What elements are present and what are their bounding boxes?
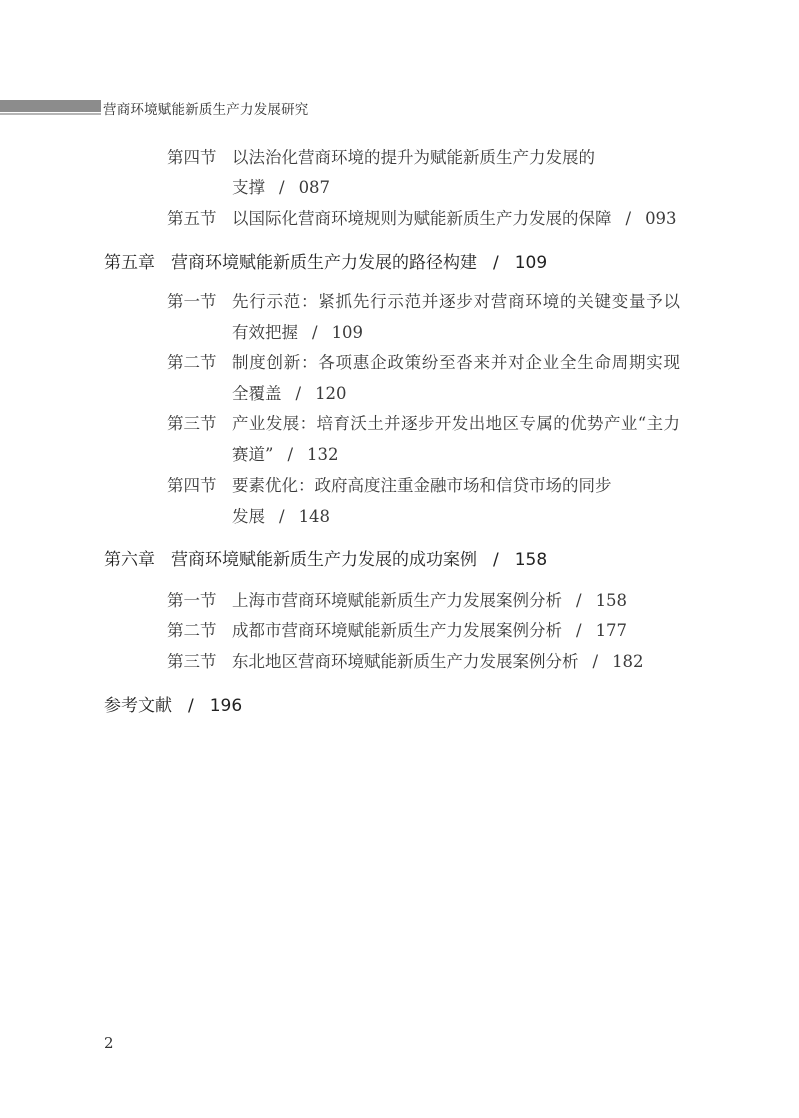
page-ref: 120 xyxy=(315,384,347,403)
section-label: 第二节 xyxy=(167,353,227,373)
backmatter-title: 参考文献 xyxy=(104,696,172,716)
section-title-line: 全覆盖 xyxy=(232,384,282,403)
running-header: 营商环境赋能新质生产力发展研究 xyxy=(0,99,799,119)
section-label: 第三节 xyxy=(167,414,227,434)
page-ref: 182 xyxy=(612,652,644,671)
section-title-line: 东北地区营商环境赋能新质生产力发展案例分析/182 xyxy=(232,652,644,672)
page-separator: / xyxy=(188,696,194,716)
section-title-line: 先行示范：紧抓先行示范并逐步对营商环境的关键变量予以 xyxy=(232,292,680,312)
section-title-continuation: 全覆盖/120 xyxy=(232,384,347,404)
page-ref: 087 xyxy=(299,178,331,197)
header-decorative-line xyxy=(0,113,101,115)
section-title-text: 上海市营商环境赋能新质生产力发展案例分析 xyxy=(232,591,562,610)
section-title-continuation: 有效把握/109 xyxy=(232,323,363,343)
page-ref: 158 xyxy=(596,591,628,610)
section-title-line: 赛道” xyxy=(232,445,273,464)
section-label: 第四节 xyxy=(167,148,227,168)
page-separator: / xyxy=(493,550,499,570)
section-title-text: 以国际化营商环境规则为赋能新质生产力发展的保障 xyxy=(232,209,612,228)
section-title-text: 东北地区营商环境赋能新质生产力发展案例分析 xyxy=(232,652,579,671)
section-title-line: 发展 xyxy=(232,507,265,526)
section-title-line: 以法治化营商环境的提升为赋能新质生产力发展的 xyxy=(232,148,595,168)
section-title-line: 支撑 xyxy=(232,178,265,197)
section-label: 第三节 xyxy=(167,652,227,672)
header-decorative-bar xyxy=(0,100,101,112)
page-separator: / xyxy=(576,621,582,640)
toc-entry-references[interactable]: 参考文献/196 xyxy=(104,695,242,717)
section-label: 第二节 xyxy=(167,621,227,641)
chapter-label: 第六章 xyxy=(104,550,155,570)
page-separator: / xyxy=(576,591,582,610)
section-title-line: 产业发展：培育沃土并逐步开发出地区专属的优势产业“主力 xyxy=(232,414,680,434)
section-title-line: 有效把握 xyxy=(232,323,298,342)
page-ref: 148 xyxy=(299,507,331,526)
page-separator: / xyxy=(279,507,285,526)
section-title-continuation: 支撑/087 xyxy=(232,178,330,198)
page-separator: / xyxy=(296,384,302,403)
chapter-label: 第五章 xyxy=(104,253,155,273)
page-ref: 177 xyxy=(596,621,628,640)
toc-entry-chapter[interactable]: 第五章营商环境赋能新质生产力发展的路径构建/109 xyxy=(104,252,547,274)
page-separator: / xyxy=(279,178,285,197)
section-label: 第四节 xyxy=(167,476,227,496)
section-title-line: 要素优化：政府高度注重金融市场和信贷市场的同步 xyxy=(232,476,612,496)
section-title-continuation: 赛道”/132 xyxy=(232,445,339,465)
page-number: 2 xyxy=(104,1034,114,1052)
page-ref: 158 xyxy=(515,550,547,570)
page-separator: / xyxy=(626,209,632,228)
page-ref: 093 xyxy=(645,209,677,228)
toc-entry-chapter[interactable]: 第六章营商环境赋能新质生产力发展的成功案例/158 xyxy=(104,549,547,571)
section-label: 第一节 xyxy=(167,591,227,611)
section-label: 第一节 xyxy=(167,292,227,312)
section-title-text: 成都市营商环境赋能新质生产力发展案例分析 xyxy=(232,621,562,640)
page-separator: / xyxy=(593,652,599,671)
chapter-title: 营商环境赋能新质生产力发展的路径构建 xyxy=(171,253,477,273)
section-title-line: 上海市营商环境赋能新质生产力发展案例分析/158 xyxy=(232,591,627,611)
page-separator: / xyxy=(287,445,293,464)
page-ref: 196 xyxy=(210,696,242,716)
page-separator: / xyxy=(493,253,499,273)
running-title: 营商环境赋能新质生产力发展研究 xyxy=(103,98,309,118)
page-separator: / xyxy=(312,323,318,342)
section-label: 第五节 xyxy=(167,209,227,229)
section-title-line: 以国际化营商环境规则为赋能新质生产力发展的保障/093 xyxy=(232,209,677,229)
section-title-line: 成都市营商环境赋能新质生产力发展案例分析/177 xyxy=(232,621,627,641)
section-title-line: 制度创新：各项惠企政策纷至沓来并对企业全生命周期实现 xyxy=(232,353,680,373)
page-ref: 109 xyxy=(332,323,364,342)
chapter-title: 营商环境赋能新质生产力发展的成功案例 xyxy=(171,550,477,570)
page-ref: 132 xyxy=(307,445,339,464)
section-title-continuation: 发展/148 xyxy=(232,507,330,527)
page-ref: 109 xyxy=(515,253,547,273)
